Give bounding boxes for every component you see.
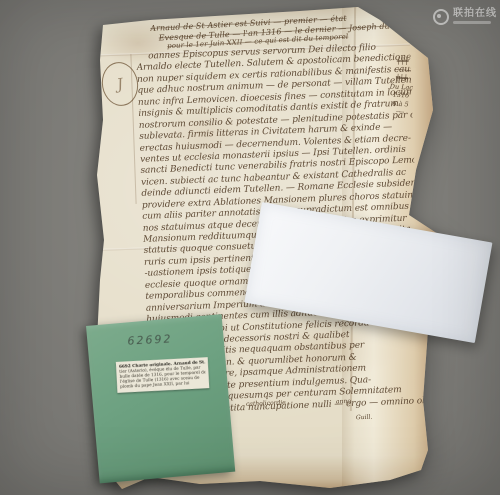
interlinear-note: anno: [336, 398, 351, 406]
initial-paraph-circle: J: [98, 59, 141, 109]
auction-photo-of-manuscript: Arnaud de St Astier est Suivi — premier …: [0, 0, 500, 495]
marginal-notes: ╪╪╪────╪╪╪Du Lac13166 à 5┄┄: [378, 56, 425, 118]
watermark: 联拍在线: [433, 8, 497, 25]
watermark-subtitle-bar: [453, 21, 491, 24]
interlinear-note: catholicordie: [246, 399, 286, 407]
watermark-text: 联拍在线: [453, 8, 497, 19]
initial-letter: J: [115, 75, 124, 94]
watermark-ring-logo-icon: [433, 9, 449, 25]
pencil-inventory-number: 62692: [127, 332, 173, 347]
green-catalog-card: 62692 6692 Charte originale. Arnaud de S…: [86, 314, 235, 483]
watermark-text-column: 联拍在线: [453, 8, 497, 24]
interlinear-note: Guill.: [356, 414, 373, 422]
printed-catalog-label: 6692 Charte originale. Arnaud de St. As-…: [116, 357, 209, 393]
